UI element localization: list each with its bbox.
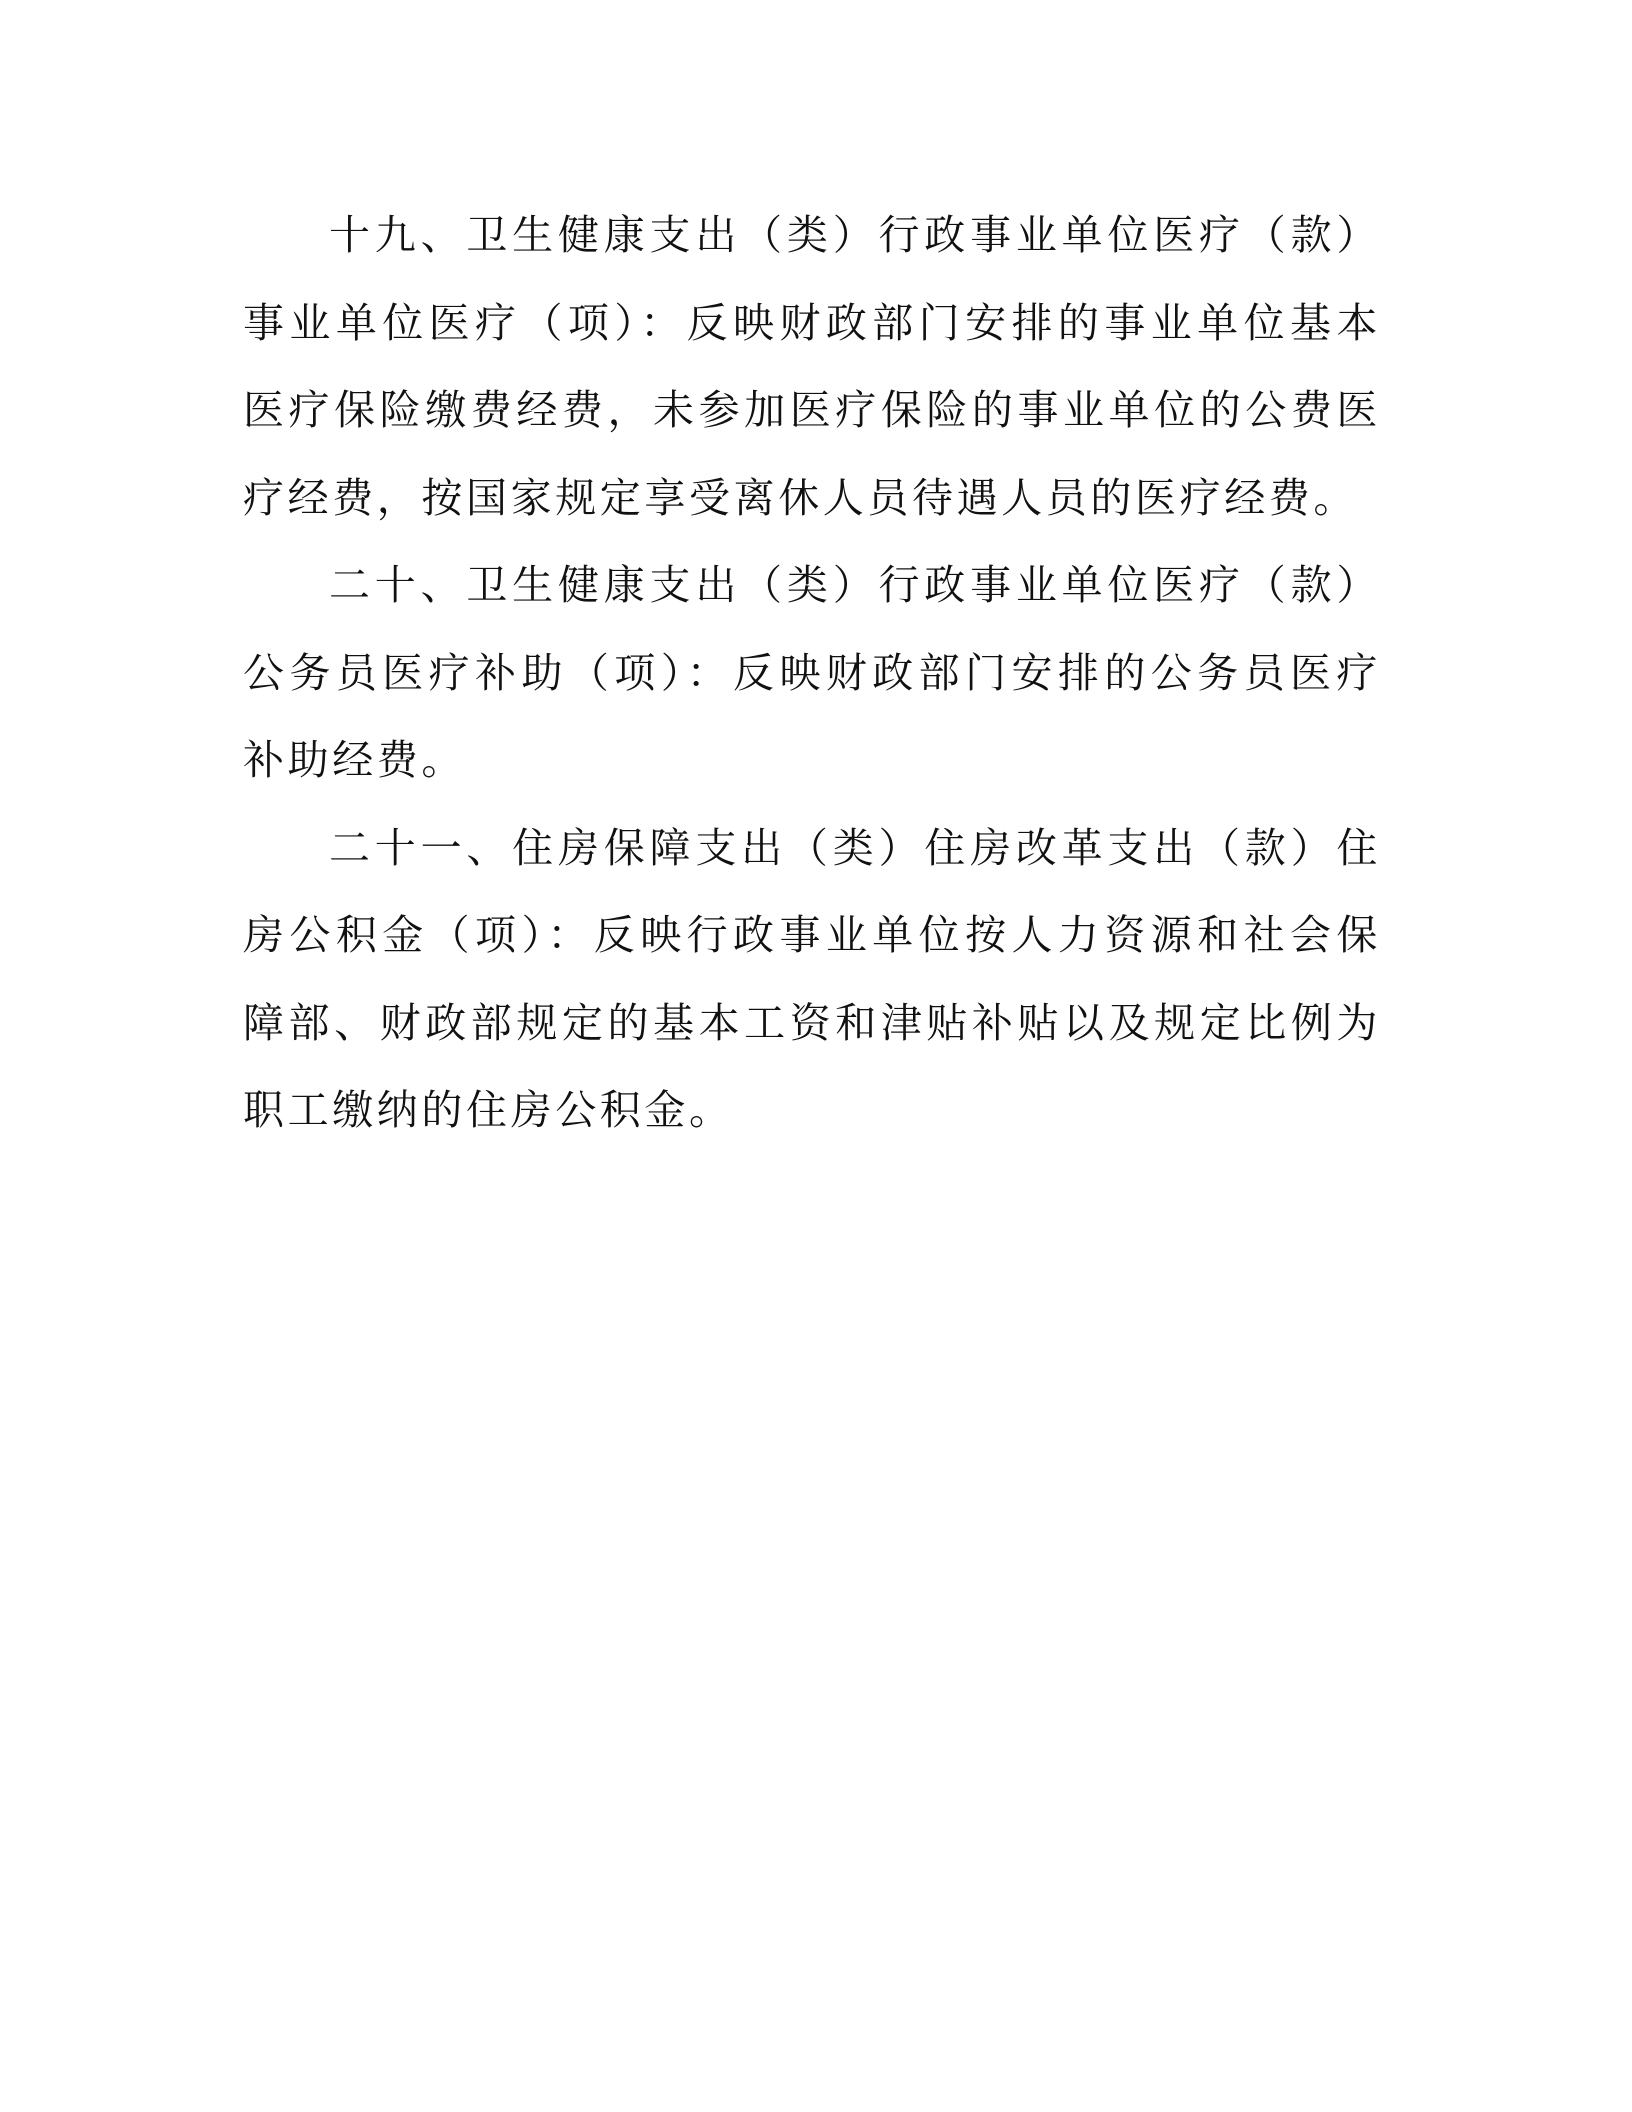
- paragraph-item-19: 十九、卫生健康支出（类）行政事业单位医疗（款）事业单位医疗（项）：反映财政部门安…: [243, 192, 1381, 542]
- paragraph-item-20: 二十、卫生健康支出（类）行政事业单位医疗（款）公务员医疗补助（项）：反映财政部门…: [243, 542, 1381, 805]
- paragraph-item-21: 二十一、住房保障支出（类）住房改革支出（款）住房公积金（项）：反映行政事业单位按…: [243, 805, 1381, 1155]
- document-page: 十九、卫生健康支出（类）行政事业单位医疗（款）事业单位医疗（项）：反映财政部门安…: [243, 192, 1381, 1155]
